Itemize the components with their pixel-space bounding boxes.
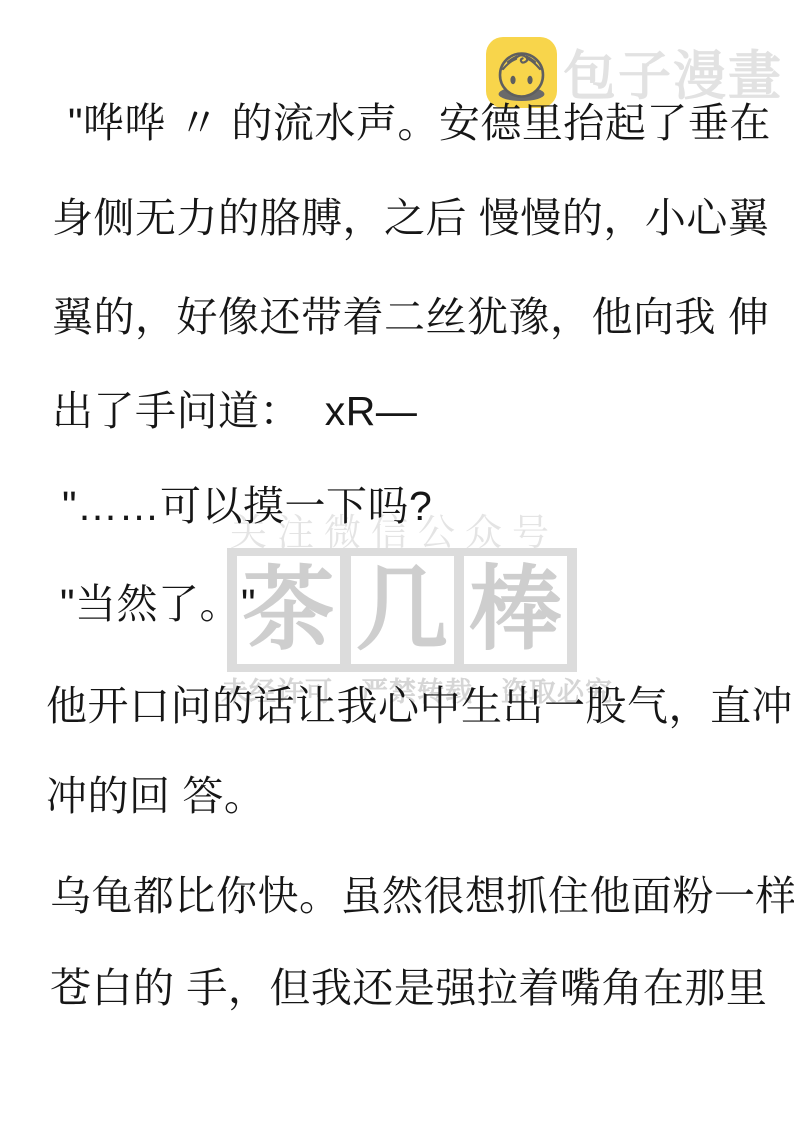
text-line: 他开口问的话让我心中生出一股气，直冲 [46,686,793,727]
text-line: "当然了。" [60,584,256,625]
text-line: "……可以摸一下吗? [62,486,432,527]
text-line: 身侧无力的胳膊，之后 慢慢的，小心翼 [52,198,769,239]
novel-page: 包子漫畫 关注微信公众号 茶 几 棒 未经许可 严禁转载 盗取必究 "哗哗 〃 … [0,0,794,1122]
text-line: 出了手问道： xR— [52,391,417,432]
text-line: "哗哗 〃 的流水声。安德里抬起了垂在 [68,103,771,144]
text-line: 乌龟都比你快。虽然很想抓住他面粉一样 [50,876,794,917]
text-line: 翼的，好像还带着二丝犹豫，他向我 伸 [52,297,769,338]
text-line: 冲的回 答。 [46,776,265,817]
text-line: 苍白的 手，但我还是强拉着嘴角在那里 [50,968,767,1009]
novel-text: "哗哗 〃 的流水声。安德里抬起了垂在 身侧无力的胳膊，之后 慢慢的，小心翼 翼… [0,0,794,1122]
